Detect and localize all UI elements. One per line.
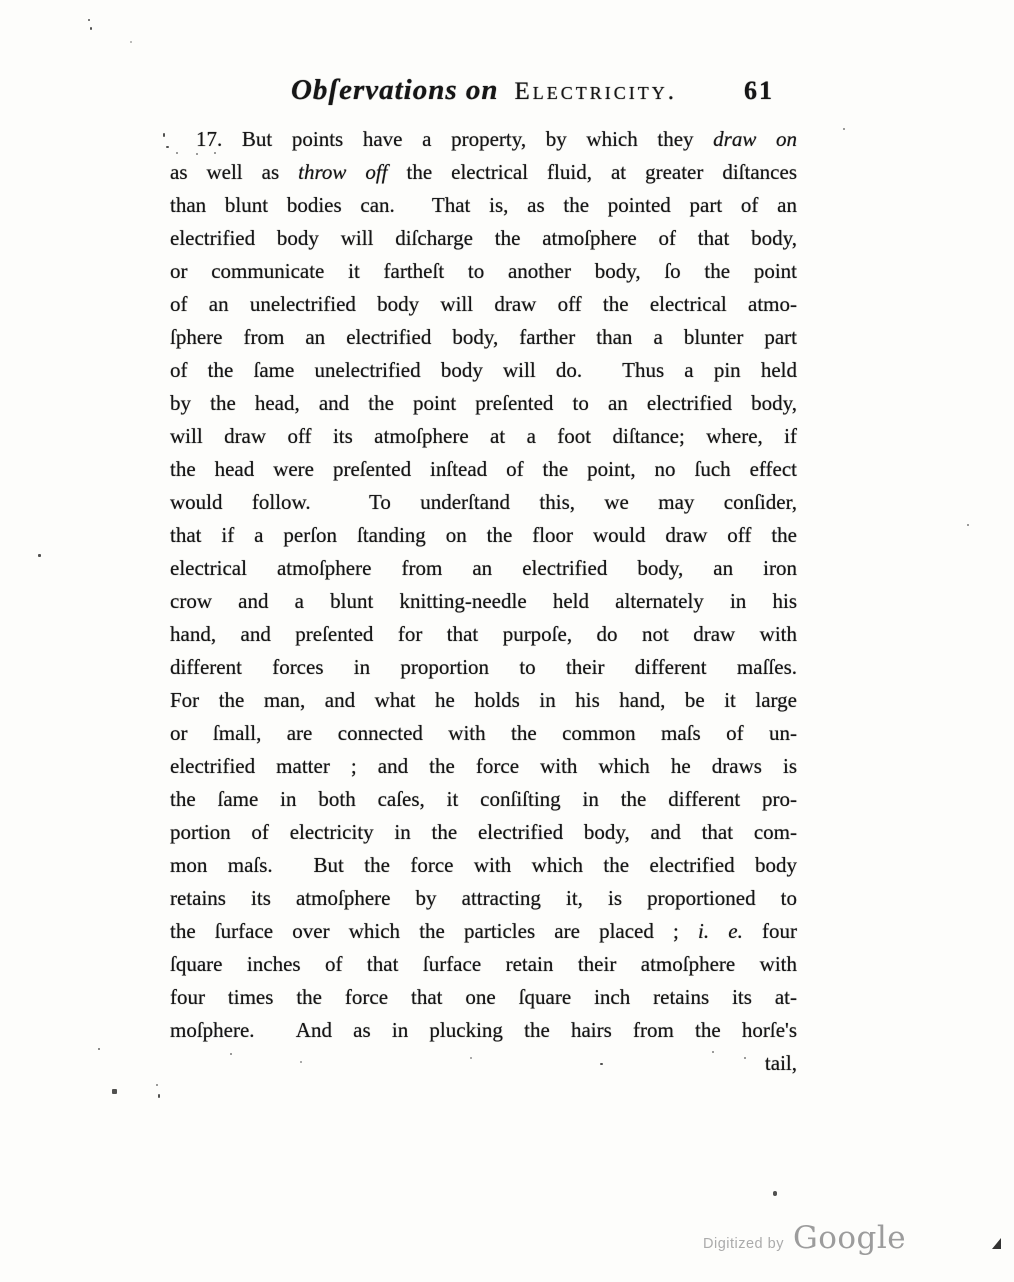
text-line: of the ſame unelectrified body will do. … [170, 354, 797, 387]
text-line: electrified matter ; and the force with … [170, 750, 797, 783]
scanned-book-page: Obſervations on Electricity. 61 17. But … [0, 0, 1014, 1282]
speckle [744, 1057, 746, 1059]
text-line: mon maſs. But the force with which the e… [170, 849, 797, 882]
speckle [843, 128, 845, 130]
speckle [112, 1089, 117, 1094]
text-line: For the man, and what he holds in his ha… [170, 684, 797, 717]
text-line: than blunt bodies can. That is, as the p… [170, 189, 797, 222]
text-line: that if a perſon ſtanding on the floor w… [170, 519, 797, 552]
speckle [130, 41, 132, 43]
speckle [214, 152, 216, 154]
text-line: hand, and preſented for that purpoſe, do… [170, 618, 797, 651]
speckle [88, 19, 90, 21]
speckle [600, 1063, 603, 1065]
running-title-caps: Electricity. [515, 78, 678, 105]
text-line: 17. But points have a property, by which… [170, 123, 797, 156]
text-line: by the head, and the point preſented to … [170, 387, 797, 420]
text-line: moſphere. And as in plucking the hairs f… [170, 1014, 797, 1047]
text-line: ſphere from an electrified body, farther… [170, 321, 797, 354]
speckle [163, 133, 165, 137]
catchword: tail, [170, 1047, 797, 1080]
running-title-italic: Obſervations on [291, 74, 499, 106]
speckle [38, 554, 41, 557]
text-line: four times the force that one ſquare inc… [170, 981, 797, 1014]
speckle [196, 153, 198, 155]
text-line: ſquare inches of that ſurface retain the… [170, 948, 797, 981]
text-line: the head were preſented inſtead of the p… [170, 453, 797, 486]
page-number: 61 [744, 76, 774, 106]
page-header: Obſervations on Electricity. 61 [168, 74, 800, 114]
text-line: retains its atmoſphere by attracting it,… [170, 882, 797, 915]
speckle [300, 1061, 302, 1063]
body-text: 17. But points have a property, by which… [170, 123, 797, 1047]
text-line: different forces in proportion to their … [170, 651, 797, 684]
text-line: or ſmall, are connected with the common … [170, 717, 797, 750]
speckle [967, 524, 969, 526]
speckle [156, 1084, 158, 1086]
speckle [166, 146, 169, 148]
speckle [773, 1191, 777, 1196]
text-line: the ſame in both caſes, it conſiſting in… [170, 783, 797, 816]
digitizer-footer: Digitized by Google [703, 1220, 906, 1256]
speckle [470, 1057, 472, 1059]
text-line: or communicate it fartheſt to another bo… [170, 255, 797, 288]
text-line: crow and a blunt knitting-needle held al… [170, 585, 797, 618]
text-line: of an unelectrified body will draw off t… [170, 288, 797, 321]
speckle [90, 27, 92, 30]
speckle [712, 1051, 714, 1053]
text-line: will draw off its atmoſphere at a foot d… [170, 420, 797, 453]
google-logo: Google [793, 1220, 906, 1256]
text-line: as well as throw off the electrical flui… [170, 156, 797, 189]
text-line: the ſurface over which the particles are… [170, 915, 797, 948]
text-line: portion of electricity in the electrifie… [170, 816, 797, 849]
corner-mark [992, 1238, 1001, 1249]
speckle [158, 1094, 160, 1098]
text-line: would follow. To underſtand this, we may… [170, 486, 797, 519]
speckle [230, 1053, 232, 1055]
text-line: electrified body will diſcharge the atmo… [170, 222, 797, 255]
digitized-by-label: Digitized by [703, 1236, 784, 1252]
text-line: electrical atmoſphere from an electrifie… [170, 552, 797, 585]
speckle [98, 1048, 100, 1050]
speckle [176, 152, 178, 154]
